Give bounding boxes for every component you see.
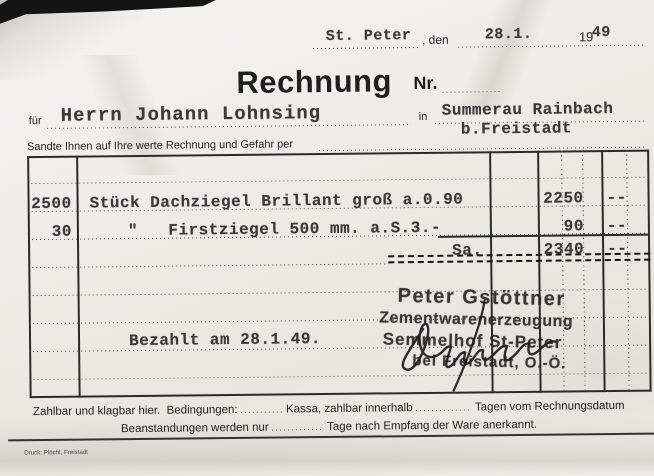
date-rule: [578, 44, 646, 47]
shipping-line: Sandte Ihnen auf Ihre werte Rechnung und…: [27, 138, 293, 153]
date-rule: [458, 44, 576, 47]
invoice-nr-label: Nr.: [413, 73, 437, 94]
footer-blank: [416, 400, 472, 411]
table-row-rule: [28, 262, 388, 268]
in-label: in: [419, 111, 428, 123]
row1-desc: Stück Dachziegel Brillant groß a.0.90: [90, 191, 464, 213]
date-place: St. Peter: [326, 27, 412, 45]
row2-cents: --: [607, 217, 627, 235]
invoice-nr-rule: [442, 90, 500, 93]
fuer-label: für: [29, 115, 42, 127]
recipient-name: Herrn Johann Lohnsing: [61, 102, 322, 127]
date-den-label: , den: [422, 33, 449, 47]
table-border-right: [647, 150, 652, 392]
row2-qty: 30: [30, 223, 72, 241]
row1-amount: 2250: [528, 189, 584, 208]
printer-note: Druck: Plöchl, Freistadt: [24, 450, 88, 457]
row2-desc: " Firstziegel 500 mm. a.S.3.-: [128, 219, 441, 240]
row1-qty: 2500: [30, 195, 72, 213]
footer-line1-text2: Kassa, zahlbar innerhalb: [286, 402, 413, 415]
invoice-document: St. Peter , den 28.1. 19 49 Rechnung Nr.…: [0, 0, 654, 476]
row1-cents: --: [607, 189, 627, 207]
signature: [389, 297, 610, 394]
year-typed: 49: [592, 24, 611, 41]
recipient-place2: b.Freistadt: [461, 119, 572, 138]
row2-amount: 90: [528, 217, 584, 236]
table-col-qty: [76, 156, 81, 398]
footer-line2-text1: Beanstandungen werden nur: [121, 422, 269, 436]
footer-line1-text3: Tagen vom Rechnungsdatum: [475, 400, 625, 414]
invoice-title: Rechnung: [236, 63, 392, 101]
footer-line1-text1: Zahlbar und klagbar hier. Bedingungen:: [33, 404, 238, 418]
table-border-left: [27, 156, 32, 398]
sum-double-rule: [388, 253, 650, 264]
date-value: 28.1.: [485, 26, 533, 43]
paid-note: Bezahlt am 28.1.49.: [129, 330, 321, 350]
footer-line2-text2: Tage nach Empfang der Ware anerkannt.: [327, 419, 537, 433]
footer-blank: [241, 402, 283, 412]
footer-blank: [272, 420, 324, 431]
footer-line1: Zahlbar und klagbar hier. Bedingungen: K…: [2, 399, 654, 419]
date-rule: [313, 46, 418, 49]
table-row-rule: [27, 176, 647, 184]
recipient-place1: Summerau Rainbach: [442, 100, 614, 120]
